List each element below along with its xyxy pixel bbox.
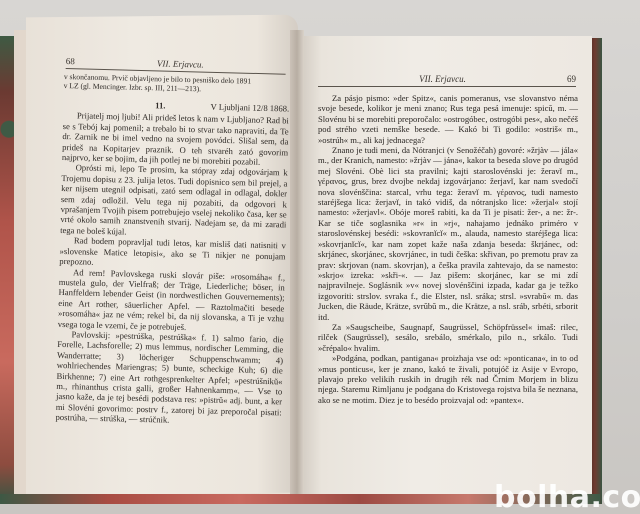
left-page-number: 68 [66,56,75,66]
paragraph: Rad bodem popravljal tudi letos, kar mis… [59,235,286,272]
letter-number: 11. [155,100,166,111]
paragraph: Oprósti mi, lepo Te prosim, ka stópray z… [60,162,288,240]
paragraph: Pavlovskij: »pestrúška, pestrúška« f. 1)… [55,329,283,428]
paragraph: Za pásjo pismo: »der Spitz«, canis pomer… [318,93,578,145]
paragraph: Prijatelj moj ljubi! Ali prideš letos k … [62,110,289,168]
right-page-number: 69 [567,74,576,84]
letter-place-date: V Ljubljani 12/8 1868. [210,102,289,114]
right-running-title: VII. Erjavcu. [318,74,567,84]
paragraph: »Podgána, podkan, pantigana« proizhaja v… [318,353,578,405]
book-gutter [290,30,304,498]
book-photo: 68 VII. Erjavcu. v skončanomu. Prvič obj… [0,0,640,514]
paragraph: Znano je tudi meni, da Nótranjci (v Seno… [318,145,578,322]
watermark-logo: bolha.com [494,480,640,514]
right-page-text: Za pásjo pismo: »der Spitz«, canis pomer… [318,93,578,405]
right-running-head: VII. Erjavcu. 69 [318,74,576,87]
left-page-text: v skončanomu. Prvič objavljeno je bilo t… [55,72,289,428]
paragraph: Za »Saugscheibe, Saugnapf, Saugrüssel, S… [318,322,578,353]
paragraph: Ad rem! Pavlovskega ruski slovár piše: »… [58,266,285,334]
